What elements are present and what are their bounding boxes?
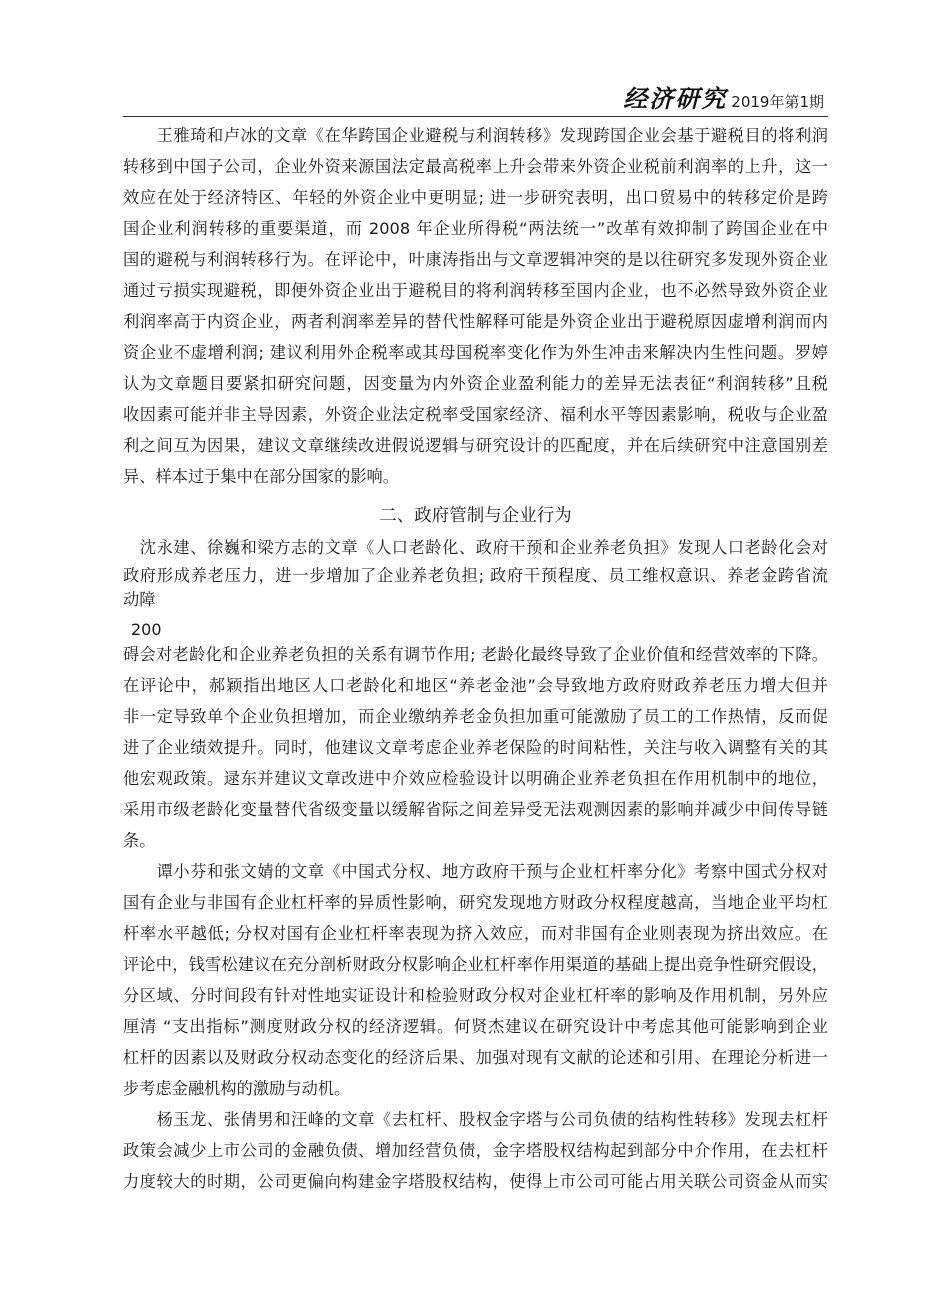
text-line: 他宏观政策。逯东并建议文章改进中介效应检验设计以明确企业养老负担在作用机制中的地… <box>123 769 828 789</box>
text-line: 收因素可能并非主导因素，外资企业法定税率受国家经济、福利水平等因素影响，税收与企… <box>123 405 828 425</box>
text-line: 碍会对老龄化和企业养老负担的关系有调节作用; 老龄化最终导致了企业价值和经营效率… <box>123 645 828 665</box>
text-line: 杆率水平越低; 分权对国有企业杠杆率表现为挤入效应，而对非国有企业则表现为挤出效… <box>123 924 828 944</box>
text-line: 在评论中，郝颖指出地区人口老龄化和地区“养老金池”会导致地方政府财政养老压力增大… <box>123 676 828 696</box>
text-line: 步考虑金融机构的激励与动机。 <box>123 1079 828 1099</box>
text-line: 进了企业绩效提升。同时，他建议文章考虑企业养老保险的时间粘性，关注与收入调整有关… <box>123 738 828 758</box>
text-line: 利润率高于内资企业，两者利润率差异的替代性解释可能是外资企业出于避税原因虚增利润… <box>123 312 828 332</box>
text-line: 厘清 “支出指标”测度财政分权的经济逻辑。何贤杰建议在研究设计中考虑其他可能影响… <box>123 1017 828 1037</box>
text-line: 转移到中国子公司，企业外资来源国法定最高税率上升会带来外资企业税前利润率的上升，… <box>123 157 828 177</box>
text-line: 异、样本过于集中在部分国家的影响。 <box>123 467 828 487</box>
text-line: 国的避税与利润转移行为。在评论中，叶康涛指出与文章逻辑冲突的是以往研究多发现外资… <box>123 250 828 270</box>
running-header: 经济研究 2019年第1期 <box>123 86 828 117</box>
section-heading: 二、政府管制与企业行为 <box>123 502 828 527</box>
text-line: 国企业利润转移的重要渠道，而 2008 年企业所得税“两法统一”改革有效抑制了跨… <box>123 219 828 239</box>
issue-label: 2019年第1期 <box>731 92 824 112</box>
text-line: 王雅琦和卢冰的文章《在华跨国企业避税与利润转移》发现跨国企业会基于避税目的将利润 <box>123 126 828 146</box>
text-line: 非一定导致单个企业负担增加，而企业缴纳养老金负担加重可能激励了员工的工作热情，反… <box>123 707 828 727</box>
page-number: 200 <box>131 620 162 639</box>
text-line: 杨玉龙、张倩男和汪峰的文章《去杠杆、股权金字塔与公司负债的结构性转移》发现去杠杆 <box>123 1110 828 1130</box>
text-line: 资企业不虚增利润; 建议利用外企税率或其母国税率变化作为外生冲击来解决内生性问题… <box>123 343 828 363</box>
text-line: 力度较大的时期，公司更偏向构建金字塔股权结构，使得上市公司可能占用关联公司资金从… <box>123 1172 828 1192</box>
text-line: 认为文章题目要紧扣研究问题，因变量为内外资企业盈利能力的差异无法表征“利润转移”… <box>123 374 828 394</box>
text-line: 谭小芬和张文婧的文章《中国式分权、地方政府干预与企业杠杆率分化》考察中国式分权对 <box>123 862 828 882</box>
text-line: 通过亏损实现避税，即便外资企业出于避税目的将利润转移至国内企业，也不必然导致外资… <box>123 281 828 301</box>
text-line: 分区域、分时间段有针对性地实证设计和检验财政分权对企业杠杆率的影响及作用机制，另… <box>123 986 828 1006</box>
journal-logo: 经济研究 <box>623 86 727 112</box>
text-line: 效应在处于经济特区、年轻的外资企业中更明显; 进一步研究表明，出口贸易中的转移定… <box>123 188 828 208</box>
text-line: 评论中，钱雪松建议在充分剖析财政分权影响企业杠杆率作用渠道的基础上提出竞争性研究… <box>123 955 828 975</box>
text-line: 政策会减少上市公司的金融负债、增加经营负债，金字塔股权结构起到部分中介作用，在去… <box>123 1141 828 1161</box>
text-line: 沈永建、徐巍和梁方志的文章《人口老龄化、政府干预和企业养老负担》发现人口老龄化会… <box>123 538 828 558</box>
text-line: 政府形成养老压力，进一步增加了企业养老负担; 政府干预程度、员工维权意识、养老金… <box>123 566 828 586</box>
text-line: 利之间互为因果，建议文章继续改进假说逻辑与研究设计的匹配度，并在后续研究中注意国… <box>123 436 828 456</box>
text-line: 杠杆的因素以及财政分权动态变化的经济后果、加强对现有文献的论述和引用、在理论分析… <box>123 1048 828 1068</box>
text-line: 采用市级老龄化变量替代省级变量以缓解省际之间差异受无法观测因素的影响并减少中间传… <box>123 800 828 820</box>
text-line: 国有企业与非国有企业杠杆率的异质性影响，研究发现地方财政分权程度越高，当地企业平… <box>123 893 828 913</box>
text-line: 条。 <box>123 831 828 851</box>
header-right: 经济研究 2019年第1期 <box>623 86 824 112</box>
text-line: 动障 <box>123 590 828 610</box>
